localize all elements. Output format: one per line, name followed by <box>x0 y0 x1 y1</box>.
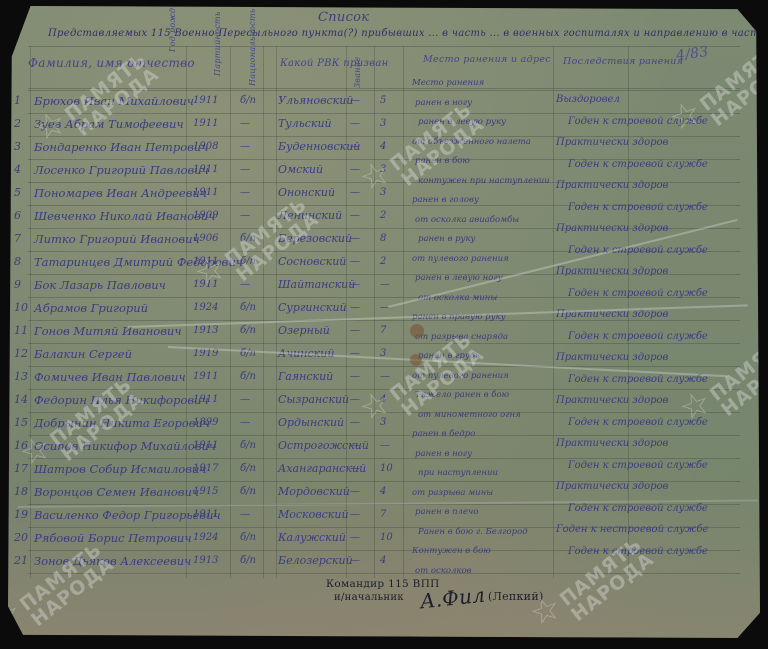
row-number: 20 <box>14 531 28 544</box>
grid-line <box>28 46 740 47</box>
party-status: б/п <box>240 95 256 106</box>
origin-district: Буденновский <box>278 140 360 153</box>
wound-note: ранен в бедро <box>412 429 475 439</box>
term-value: 2 <box>380 256 386 267</box>
rank-mark: — <box>350 118 360 129</box>
rank-mark: — <box>350 187 360 198</box>
row-number: 5 <box>14 186 21 199</box>
rank-mark: — <box>350 555 360 566</box>
term-value: 4 <box>380 555 386 566</box>
wound-note: от разрыва мины <box>412 488 493 498</box>
rank-mark: — <box>350 371 360 382</box>
rank-mark: — <box>350 302 360 313</box>
birth-year: 1911 <box>193 509 218 520</box>
wound-note: ранен в плечо <box>415 507 478 517</box>
origin-district: Гаянский <box>278 370 333 383</box>
party-status: — <box>240 118 250 129</box>
consequence-note: Практически здоров <box>556 180 668 191</box>
consequence-note: Практически здоров <box>556 481 668 492</box>
wound-note: Место ранения <box>412 78 484 88</box>
wound-note: при наступлении <box>418 468 498 478</box>
row-number: 19 <box>14 508 28 521</box>
wound-note: от осколка авиабомбы <box>415 215 519 225</box>
rank-mark: — <box>350 95 360 106</box>
party-status: — <box>240 141 250 152</box>
col-header-party: Партийность <box>213 11 222 76</box>
consequence-note: Практически здоров <box>556 266 668 277</box>
origin-district: Сургинский <box>278 301 347 314</box>
birth-year: 1917 <box>193 463 218 474</box>
party-status: б/п <box>240 371 256 382</box>
rank-mark: — <box>350 210 360 221</box>
rank-mark: — <box>350 486 360 497</box>
origin-district: Калужский <box>278 531 346 544</box>
term-value: 7 <box>380 325 386 336</box>
consequence-note: Годен к строевой службе <box>568 159 708 170</box>
origin-district: Ононский <box>278 186 335 199</box>
wound-note: ранен в руку <box>418 234 475 244</box>
soldier-name: Воронцов Семен Иванович <box>34 485 199 499</box>
origin-district: Ордынский <box>278 416 344 429</box>
rank-mark: — <box>350 440 360 451</box>
birth-year: 1915 <box>193 486 218 497</box>
party-status: б/п <box>240 555 256 566</box>
signature-role-line2: и/начальник <box>334 592 404 603</box>
party-status: — <box>240 417 250 428</box>
col-header-rank: Звание <box>353 57 362 88</box>
col-header-year: Год рожд. <box>168 5 177 52</box>
party-status: б/п <box>240 532 256 543</box>
birth-year: 1911 <box>193 440 218 451</box>
birth-year: 1908 <box>193 141 218 152</box>
soldier-name: Пономарев Иван Андреевич <box>34 186 207 200</box>
col-header-consequence: Последствия ранения <box>563 56 683 67</box>
row-number: 6 <box>14 209 21 222</box>
term-value: — <box>380 440 390 451</box>
row-number: 7 <box>14 232 21 245</box>
rank-mark: — <box>350 463 360 474</box>
soldier-name: Шатров Собир Исмаилович <box>34 462 206 476</box>
birth-year: 1911 <box>193 394 218 405</box>
soldier-name: Шевченко Николай Иванович <box>34 209 215 223</box>
origin-district: Белозерский <box>278 554 353 567</box>
row-number: 9 <box>14 278 21 291</box>
row-number: 3 <box>14 140 21 153</box>
term-value: — <box>380 279 390 290</box>
row-number: 21 <box>14 554 28 567</box>
origin-district: Сосновский <box>278 255 346 268</box>
document-title: Представляемых 115 Военно-Пересыльного п… <box>48 28 766 39</box>
row-number: 2 <box>14 117 21 130</box>
birth-year: 1911 <box>193 95 218 106</box>
origin-district: Мордовский <box>278 485 350 498</box>
row-number: 14 <box>14 393 28 406</box>
soldier-name: Бок Лазарь Павлович <box>34 278 166 292</box>
term-value: 2 <box>380 210 386 221</box>
rank-mark: — <box>350 509 360 520</box>
soldier-name: Лосенко Григорий Павлович <box>34 163 209 177</box>
consequence-note: Практически здоров <box>556 395 668 406</box>
origin-district: Озерный <box>278 324 330 337</box>
origin-district: Московский <box>278 508 349 521</box>
rank-mark: — <box>350 417 360 428</box>
wound-note: Контужен в бою <box>412 546 491 556</box>
soldier-name: Литко Григорий Иванович <box>34 232 200 246</box>
row-number: 4 <box>14 163 21 176</box>
party-status: б/п <box>240 486 256 497</box>
row-number: 15 <box>14 416 28 429</box>
birth-year: 1913 <box>193 555 218 566</box>
term-value: 4 <box>380 486 386 497</box>
term-value: 5 <box>380 95 386 106</box>
party-status: б/п <box>240 463 256 474</box>
party-status: б/п <box>240 302 256 313</box>
rank-mark: — <box>350 532 360 543</box>
rank-mark: — <box>350 279 360 290</box>
consequence-note: Практически здоров <box>556 137 668 148</box>
row-number: 8 <box>14 255 21 268</box>
stain <box>410 324 424 338</box>
wound-note: от пулевого ранения <box>412 254 509 264</box>
birth-year: 1911 <box>193 118 218 129</box>
consequence-note: Годен к строевой службе <box>568 503 708 514</box>
birth-year: 1906 <box>193 233 218 244</box>
origin-district: Омский <box>278 163 323 176</box>
party-status: б/п <box>240 325 256 336</box>
col-header-origin: Какой РВК призван <box>280 58 389 69</box>
term-value: — <box>380 371 390 382</box>
origin-district: Сызранский <box>278 393 349 406</box>
term-value: 4 <box>380 141 386 152</box>
birth-year: 1924 <box>193 302 218 313</box>
party-status: б/п <box>240 440 256 451</box>
soldier-name: Балакин Сергей <box>34 347 132 361</box>
document-heading: Список <box>318 10 369 25</box>
rank-mark: — <box>350 325 360 336</box>
birth-year: 1911 <box>193 371 218 382</box>
consequence-note: Практически здоров <box>556 223 668 234</box>
party-status: — <box>240 164 250 175</box>
term-value: 10 <box>380 532 393 543</box>
rank-mark: — <box>350 141 360 152</box>
col-header-wound-place: Место ранения и адрес <box>423 54 551 65</box>
consequence-note: Годен к строевой службе <box>568 331 708 342</box>
term-value: 3 <box>380 118 386 129</box>
rank-mark: — <box>350 233 360 244</box>
wound-note: контужен при наступлении <box>418 176 550 186</box>
term-value: 8 <box>380 233 386 244</box>
row-number: 18 <box>14 485 28 498</box>
term-value: 10 <box>380 463 393 474</box>
wound-note: от осколков <box>415 566 472 576</box>
party-status: — <box>240 509 250 520</box>
origin-district: Шайтанский <box>278 278 355 291</box>
rank-mark: — <box>350 256 360 267</box>
origin-district: Ульяновский <box>278 94 353 107</box>
consequence-note: Годен к строевой службе <box>568 460 708 471</box>
row-number: 11 <box>14 324 28 337</box>
birth-year: 1911 <box>193 164 218 175</box>
party-status: — <box>240 394 250 405</box>
document-sheet: Список Представляемых 115 Военно-Пересыл… <box>8 6 760 638</box>
row-number: 12 <box>14 347 28 360</box>
wound-note: ранен в голову <box>412 195 479 205</box>
consequence-note: Практически здоров <box>556 352 668 363</box>
consequence-note: Годен к строевой службе <box>568 202 708 213</box>
birth-year: 1909 <box>193 210 218 221</box>
row-number: 10 <box>14 301 28 314</box>
birth-year: 1911 <box>193 187 218 198</box>
consequence-note: Годен к строевой службе <box>568 288 708 299</box>
term-value: 7 <box>380 509 386 520</box>
party-status: — <box>240 187 250 198</box>
birth-year: 1913 <box>193 325 218 336</box>
soldier-name: Абрамов Григорий <box>34 301 148 315</box>
birth-year: 1899 <box>193 417 218 428</box>
row-number: 1 <box>14 94 21 107</box>
row-number: 13 <box>14 370 28 383</box>
wound-note: ранен в ногу <box>415 449 472 459</box>
party-status: — <box>240 210 250 221</box>
consequence-note: Выздоровел <box>556 94 620 105</box>
wound-note: от минометного огня <box>418 410 521 420</box>
wound-note: Ранен в бою г. Белгород <box>418 527 528 537</box>
origin-district: Тульский <box>278 117 332 130</box>
soldier-name: Рябовой Борис Петрович <box>34 531 192 545</box>
col-header-nationality: Национальность <box>248 9 257 87</box>
consequence-note: Годен к строевой службе <box>568 245 708 256</box>
birth-year: 1924 <box>193 532 218 543</box>
consequence-note: Практически здоров <box>556 438 668 449</box>
